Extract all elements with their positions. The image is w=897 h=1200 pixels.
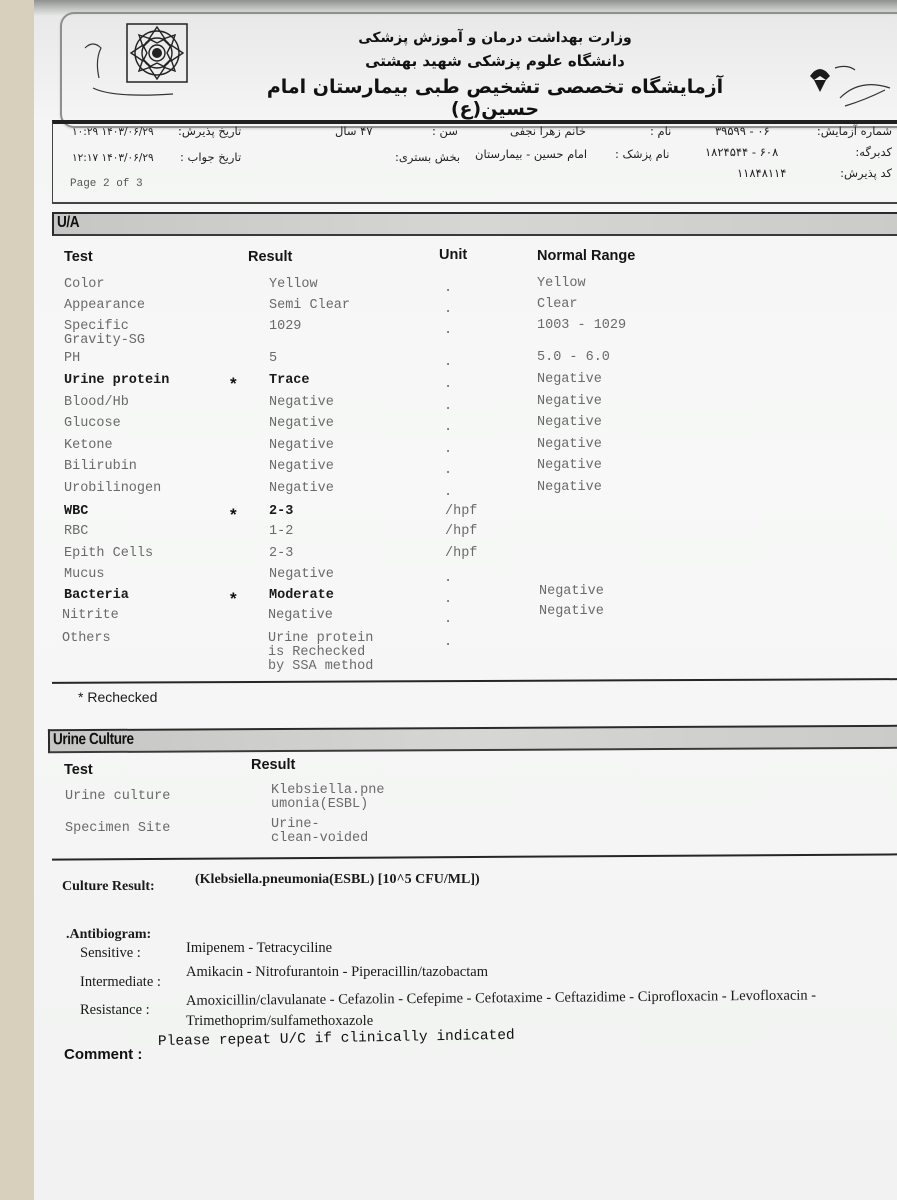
admission-date-label: تاریخ پذیرش: bbox=[178, 124, 241, 138]
ua-test-blood-hb: Blood/Hb bbox=[64, 396, 129, 410]
antibiogram-label: .Antibiogram: bbox=[66, 927, 151, 943]
doctor-label: نام پزشک : bbox=[615, 147, 670, 161]
ua-col-unit: Unit bbox=[439, 247, 467, 263]
ua-unit-others: . bbox=[444, 636, 452, 650]
ua-unit-epith-cells: /hpf bbox=[445, 547, 477, 561]
ua-test-appearance: Appearance bbox=[64, 299, 145, 313]
ua-unit-rbc: /hpf bbox=[445, 525, 477, 539]
ua-range-bilirubin: Negative bbox=[537, 459, 602, 473]
ua-unit-urine-protein: . bbox=[444, 378, 452, 392]
culture-result-label: Culture Result: bbox=[62, 879, 155, 895]
ua-result-urine-protein: Trace bbox=[269, 374, 310, 388]
ua-result-specific-gravity-sg: 1029 bbox=[269, 320, 301, 334]
ua-col-result: Result bbox=[248, 249, 292, 265]
ua-result-epith-cells: 2-3 bbox=[269, 547, 293, 561]
ua-test-epith-cells: Epith Cells bbox=[64, 547, 153, 561]
culture-test-specimen-site: Specimen Site bbox=[65, 822, 170, 836]
ua-range-urine-protein: Negative bbox=[537, 373, 602, 387]
admission-code: ۱۱۸۴۸۱۱۴ bbox=[737, 166, 786, 180]
ua-result-nitrite: Negative bbox=[268, 609, 333, 623]
ua-result-wbc: 2-3 bbox=[269, 505, 293, 519]
name-label: نام : bbox=[650, 124, 671, 138]
age-value: ۴۷ سال bbox=[335, 124, 373, 138]
ua-unit-bilirubin: . bbox=[444, 464, 452, 478]
intermediate-label: Intermediate : bbox=[80, 974, 161, 991]
answer-date: ۱۴۰۳/۰۶/۲۹ ۱۲:۱۷ bbox=[72, 152, 154, 164]
ua-test-ph: PH bbox=[64, 352, 80, 366]
culture-test-urine-culture: Urine culture bbox=[65, 790, 170, 804]
ua-test-specific-gravity-sg: Specific Gravity-SG bbox=[64, 320, 145, 348]
admission-code-label: کد پذیرش: bbox=[840, 166, 892, 180]
ua-unit-specific-gravity-sg: . bbox=[444, 324, 452, 338]
sensitive-label: Sensitive : bbox=[80, 945, 141, 962]
ua-result-bacteria: Moderate bbox=[269, 589, 334, 603]
ua-test-nitrite: Nitrite bbox=[62, 609, 119, 623]
ua-test-urine-protein: Urine protein bbox=[64, 374, 169, 388]
culture-result-value: (Klebsiella.pneumonia(ESBL) [10^5 CFU/ML… bbox=[195, 872, 480, 888]
age-label: سن : bbox=[432, 124, 458, 138]
university-logo-icon bbox=[75, 18, 195, 118]
barcode-label: کدبرگه: bbox=[855, 145, 892, 159]
culture-section-title: Urine Culture bbox=[53, 731, 134, 749]
ua-unit-mucus: . bbox=[444, 572, 452, 586]
test-number-label: شماره آزمایش: bbox=[817, 124, 892, 138]
ua-unit-appearance: . bbox=[444, 303, 452, 317]
resistance-value-line2: Trimethoprim/sulfamethoxazole bbox=[186, 1013, 373, 1030]
admission-date: ۱۴۰۳/۰۶/۲۹ ۱۰:۲۹ bbox=[72, 126, 154, 138]
university-title: دانشگاه علوم پزشکی شهید بهشتی bbox=[350, 52, 640, 70]
ua-unit-nitrite: . bbox=[444, 613, 452, 627]
ua-result-blood-hb: Negative bbox=[269, 396, 334, 410]
answer-date-label: تاریخ جواب : bbox=[180, 150, 241, 164]
ua-test-ketone: Ketone bbox=[64, 439, 113, 453]
patient-name: خانم زهرا نجفی bbox=[510, 124, 586, 138]
ua-section-title: U/A bbox=[57, 214, 79, 232]
ua-unit-bacteria: . bbox=[444, 593, 452, 607]
ministry-title: وزارت بهداشت درمان و آموزش پزشکی bbox=[350, 30, 640, 46]
ua-result-ketone: Negative bbox=[269, 439, 334, 453]
rechecked-asterisk-icon: * bbox=[230, 505, 237, 525]
ua-test-urobilinogen: Urobilinogen bbox=[64, 482, 161, 496]
ua-col-normal-range: Normal Range bbox=[537, 248, 635, 264]
ua-range-nitrite: Negative bbox=[539, 605, 604, 619]
ua-range-bacteria: Negative bbox=[539, 585, 604, 599]
laboratory-title: آزمایشگاه تخصصی تشخیص طبی بیمارستان امام… bbox=[245, 76, 745, 120]
rechecked-footnote: * Rechecked bbox=[78, 689, 157, 705]
ua-result-color: Yellow bbox=[269, 278, 318, 292]
ua-range-ph: 5.0 - 6.0 bbox=[537, 351, 610, 365]
ua-result-rbc: 1-2 bbox=[269, 525, 293, 539]
comment-label: Comment : bbox=[64, 1046, 142, 1063]
ua-unit-ph: . bbox=[444, 356, 452, 370]
intermediate-value: Amikacin - Nitrofurantoin - Piperacillin… bbox=[186, 964, 488, 981]
barcode: ۶۰۸ - ۱۸۲۴۵۴۴ bbox=[705, 145, 778, 159]
ua-test-wbc: WBC bbox=[64, 505, 88, 519]
ua-test-bilirubin: Bilirubin bbox=[64, 460, 137, 474]
ua-unit-ketone: . bbox=[444, 443, 452, 457]
ua-unit-color: . bbox=[444, 282, 452, 296]
ua-result-bilirubin: Negative bbox=[269, 460, 334, 474]
ua-test-color: Color bbox=[64, 278, 105, 292]
culture-section-header: Urine Culture bbox=[48, 725, 897, 753]
ua-test-bacteria: Bacteria bbox=[64, 589, 129, 603]
ua-unit-wbc: /hpf bbox=[445, 505, 477, 519]
ua-range-ketone: Negative bbox=[537, 438, 602, 452]
ua-col-test: Test bbox=[64, 249, 93, 265]
research-center-logo-icon bbox=[790, 58, 895, 113]
ua-range-glucose: Negative bbox=[537, 416, 602, 430]
ua-range-urobilinogen: Negative bbox=[537, 481, 602, 495]
ua-range-color: Yellow bbox=[537, 277, 586, 291]
ua-result-appearance: Semi Clear bbox=[269, 299, 350, 313]
ua-unit-glucose: . bbox=[444, 421, 452, 435]
sensitive-value: Imipenem - Tetracyciline bbox=[186, 940, 332, 957]
ua-result-urobilinogen: Negative bbox=[269, 482, 334, 496]
test-number: ۰۶ - ۳۹۵۹۹ bbox=[715, 124, 770, 138]
ua-range-specific-gravity-sg: 1003 - 1029 bbox=[537, 319, 626, 333]
ua-test-glucose: Glucose bbox=[64, 417, 121, 431]
ua-range-appearance: Clear bbox=[537, 298, 578, 312]
ua-unit-urobilinogen: . bbox=[444, 486, 452, 500]
ua-test-others: Others bbox=[62, 632, 111, 646]
ua-result-glucose: Negative bbox=[269, 417, 334, 431]
ua-unit-blood-hb: . bbox=[444, 400, 452, 414]
ua-test-mucus: Mucus bbox=[64, 568, 105, 582]
culture-col-test: Test bbox=[64, 762, 93, 778]
rechecked-asterisk-icon: * bbox=[230, 589, 237, 609]
ua-result-mucus: Negative bbox=[269, 568, 334, 582]
ward-label: بخش بستری: bbox=[395, 150, 460, 164]
ua-range-blood-hb: Negative bbox=[537, 395, 602, 409]
culture-result-urine-culture: Klebsiella.pne umonia(ESBL) bbox=[271, 784, 384, 812]
rechecked-asterisk-icon: * bbox=[230, 374, 237, 394]
culture-col-result: Result bbox=[251, 757, 295, 773]
antibiogram-label-text: Antibiogram: bbox=[70, 927, 152, 942]
ua-test-rbc: RBC bbox=[64, 525, 88, 539]
page-number: Page 2 of 3 bbox=[70, 178, 143, 190]
resistance-label: Resistance : bbox=[80, 1002, 150, 1019]
ua-section-header: U/A bbox=[52, 212, 897, 236]
doctor-name: امام حسین - بیمارستان bbox=[475, 147, 587, 161]
ua-result-others: Urine protein is Rechecked by SSA method bbox=[268, 632, 373, 674]
culture-result-specimen-site: Urine- clean-voided bbox=[271, 818, 368, 846]
ua-result-ph: 5 bbox=[269, 352, 277, 366]
